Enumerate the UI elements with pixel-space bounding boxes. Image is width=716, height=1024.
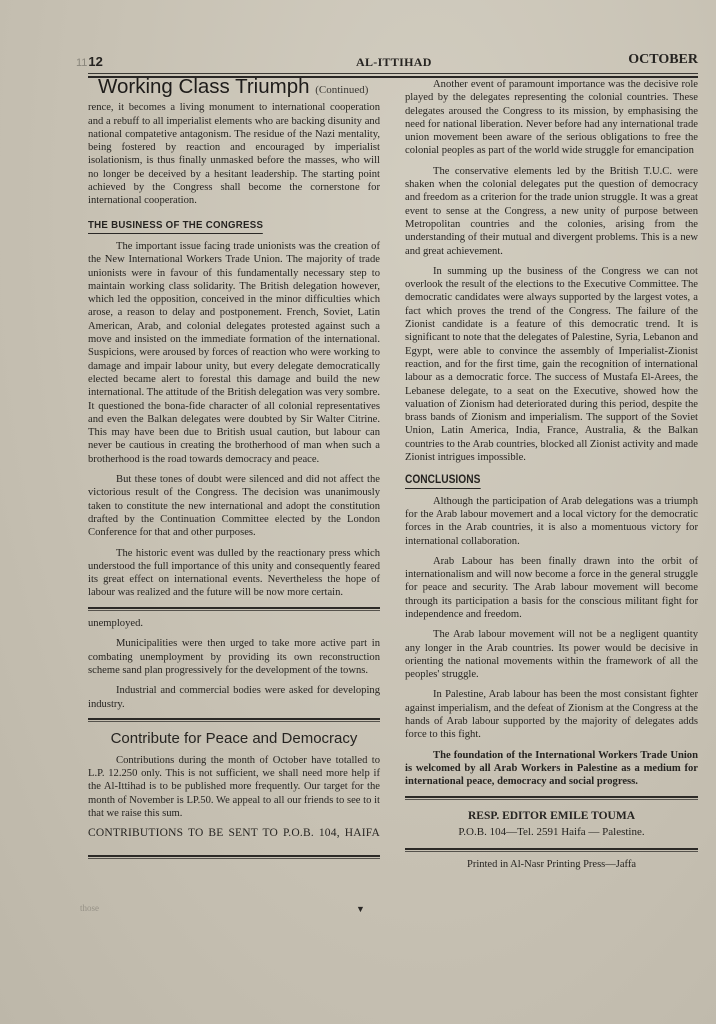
divider: [88, 718, 380, 723]
bleed-through-text: those: [80, 903, 99, 913]
continuation-fragment: unemployed.: [88, 617, 380, 630]
printer-credit: Printed in Al-Nasr Printing Press—Jaffa: [405, 858, 698, 871]
left-column: Working Class Triumph (Continued) rence,…: [88, 80, 380, 865]
conclusion-paragraph: The Arab labour movement will not be a n…: [405, 628, 698, 681]
article-intro: rence, it becomes a living monument to i…: [88, 101, 380, 207]
right-column: Another event of paramount importance wa…: [405, 78, 698, 871]
article-paragraph: The historic event was dulled by the rea…: [88, 547, 380, 600]
article-paragraph: In summing up the business of the Congre…: [405, 265, 698, 464]
conclusion-paragraph: Although the participation of Arab deleg…: [405, 495, 698, 548]
divider: [88, 855, 380, 860]
newspaper-page: 1112 AL-ITTIHAD OCTOBER Working Class Tr…: [0, 0, 716, 1024]
divider: [88, 607, 380, 612]
article-paragraph: The important issue facing trade unionis…: [88, 240, 380, 466]
article-title: Working Class Triumph (Continued): [98, 80, 380, 97]
page-marker-icon: ▼: [356, 904, 365, 914]
article-paragraph: But these tones of doubt were silenced a…: [88, 473, 380, 539]
divider: [405, 848, 698, 853]
editor-address: P.O.B. 104—Tel. 2591 Haifa — Palestine.: [405, 826, 698, 839]
conclusions-heading: CONCLUSIONS: [405, 473, 480, 488]
continuation-paragraph: Municipalities were then urged to take m…: [88, 637, 380, 677]
conclusion-paragraph: Arab Labour has been finally drawn into …: [405, 555, 698, 621]
masthead: AL-ITTIHAD: [356, 55, 432, 70]
continuation-paragraph: Industrial and commercial bodies were as…: [88, 684, 380, 711]
page-number-ghost: 11: [76, 57, 87, 69]
editor-credit: RESP. EDITOR EMILE TOUMA: [405, 810, 698, 823]
conclusion-paragraph: In Palestine, Arab labour has been the m…: [405, 688, 698, 741]
contribute-body: Contributions during the month of Octobe…: [88, 754, 380, 820]
page-header: 1112 AL-ITTIHAD OCTOBER: [76, 52, 698, 72]
closing-statement: The foundation of the International Work…: [405, 749, 698, 789]
article-paragraph: The conservative elements led by the Bri…: [405, 165, 698, 258]
contribute-title: Contribute for Peace and Democracy: [88, 732, 380, 745]
page-number: 1112: [76, 54, 103, 69]
issue-month: OCTOBER: [628, 52, 698, 68]
section-heading: THE BUSINESS OF THE CONGRESS: [88, 219, 263, 234]
continued-label: (Continued): [315, 84, 368, 96]
divider: [405, 796, 698, 801]
article-paragraph: Another event of paramount importance wa…: [405, 78, 698, 158]
contribute-address: CONTRIBUTIONS TO BE SENT TO P.O.B. 104, …: [88, 827, 380, 840]
contribute-box: Contribute for Peace and Democracy Contr…: [88, 732, 380, 840]
